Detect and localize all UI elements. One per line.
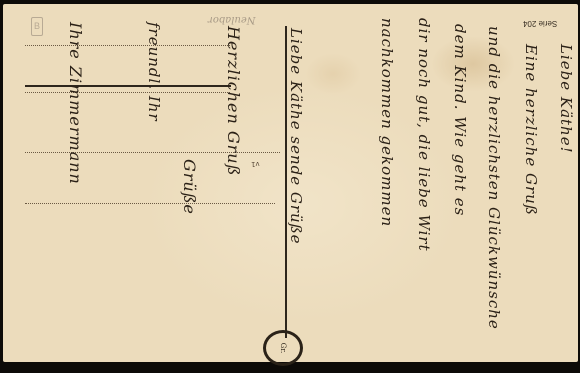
address-line-4 <box>25 203 275 204</box>
message-line-6: nachkommen gekommen <box>378 18 396 227</box>
message-line-8: Liebe Käthe sende Grüße <box>287 28 305 245</box>
message-line-3: und die herzlichsten Glückwünsche <box>485 26 503 330</box>
address-text-1b: Grüße <box>180 159 199 215</box>
postmark-stamp-icon: Gr. <box>263 330 303 366</box>
address-text-1: Herzlichen Gruß <box>224 26 243 176</box>
address-text-3: Ihre Zimmermann <box>66 22 85 185</box>
address-line-2 <box>25 92 230 93</box>
address-line-1 <box>25 45 230 46</box>
pencil-note: Neulabor <box>208 14 255 25</box>
message-line-2: Eine herzliche Gruß <box>522 44 540 216</box>
postcard-back: B Neulabor Serie 204 v1 Liebe Käthe! Ein… <box>3 4 578 362</box>
corner-mark: B <box>31 17 43 36</box>
message-line-5: dir noch gut, die liebe Wirt <box>415 18 433 252</box>
stamp-text: Gr. <box>279 343 287 353</box>
address-text-2: freundl. Ihr <box>145 22 163 122</box>
horizontal-rule <box>25 85 231 87</box>
message-line-1: Liebe Käthe! <box>557 44 575 154</box>
serie-label: Serie 204 <box>523 19 557 28</box>
small-mark: v1 <box>251 160 260 168</box>
message-line-4: dem Kind. Wie geht es <box>451 24 469 216</box>
